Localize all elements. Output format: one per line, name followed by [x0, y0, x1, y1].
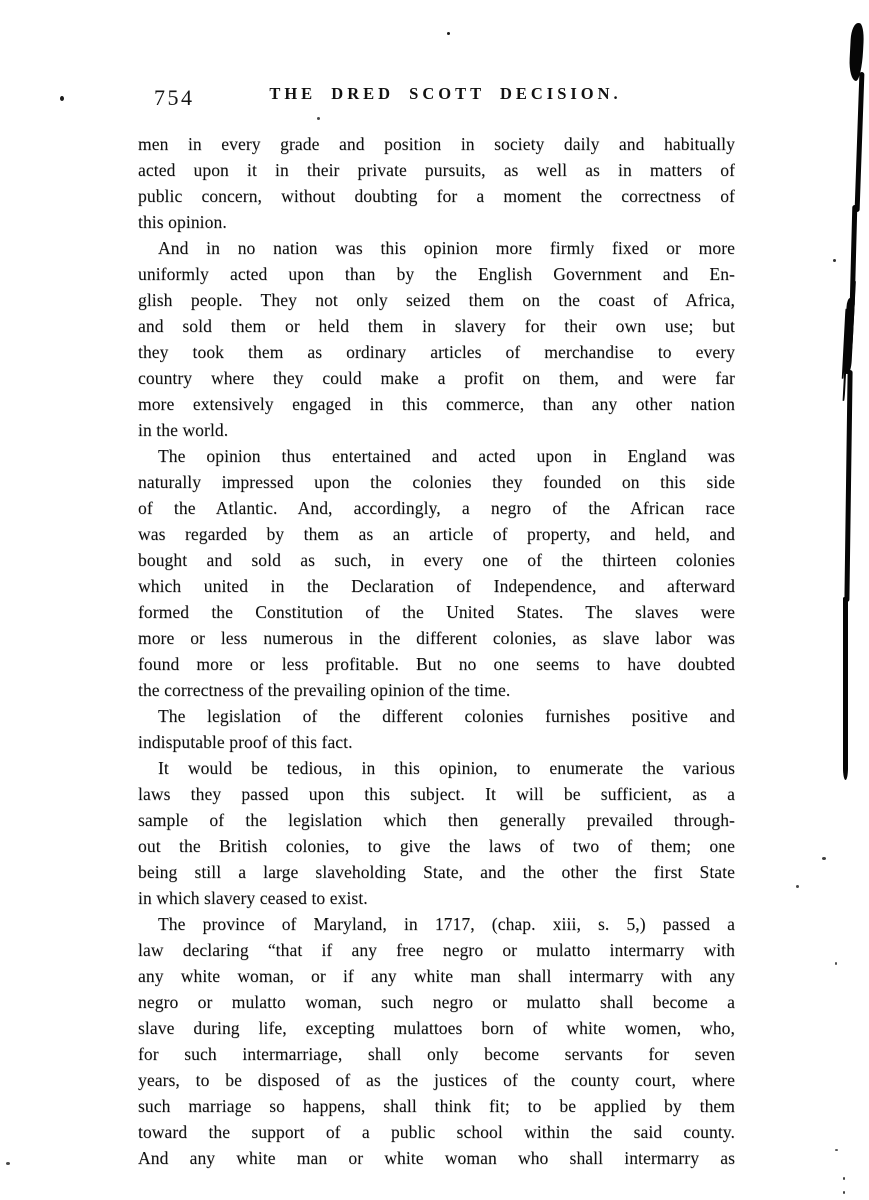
text-line: The opinion thus entertained and acted u…	[138, 443, 735, 469]
paragraph-6: The province of Maryland, in 1717, (chap…	[138, 911, 735, 1171]
text-line: laws they passed upon this subject. It w…	[138, 781, 735, 807]
text-line: in which slavery ceased to exist.	[138, 885, 735, 911]
text-line: naturally impressed upon the colonies th…	[138, 469, 735, 495]
paragraph-1: men in every grade and position in socie…	[138, 131, 735, 235]
text-line: uniformly acted upon than by the English…	[138, 261, 735, 287]
book-page: 754 THE DRED SCOTT DECISION. men in ever…	[0, 0, 869, 1200]
text-line: glish people. They not only seized them …	[138, 287, 735, 313]
text-line: indisputable proof of this fact.	[138, 729, 735, 755]
binding-edge-segment	[844, 370, 852, 602]
ink-speck	[447, 32, 450, 35]
text-line: such marriage so happens, shall think fi…	[138, 1093, 735, 1119]
paragraph-2: And in no nation was this opinion more f…	[138, 235, 735, 443]
text-line: The province of Maryland, in 1717, (chap…	[138, 911, 735, 937]
text-line: law declaring “that if any free negro or…	[138, 937, 735, 963]
ink-speck	[317, 117, 320, 120]
ink-speck	[835, 962, 837, 965]
text-line: men in every grade and position in socie…	[138, 131, 735, 157]
ink-speck	[843, 1177, 845, 1180]
text-line: bought and sold as such, in every one of…	[138, 547, 735, 573]
text-line: acted upon it in their private pursuits,…	[138, 157, 735, 183]
paragraph-5: It would be tedious, in this opinion, to…	[138, 755, 735, 911]
text-line: found more or less profitable. But no on…	[138, 651, 735, 677]
text-line: And in no nation was this opinion more f…	[138, 235, 735, 261]
text-line: in the world.	[138, 417, 735, 443]
text-line: negro or mulatto woman, such negro or mu…	[138, 989, 735, 1015]
text-line: was regarded by them as an article of pr…	[138, 521, 735, 547]
text-line: country where they could make a profit o…	[138, 365, 735, 391]
ink-speck	[835, 1149, 838, 1151]
text-line: And any white man or white woman who sha…	[138, 1145, 735, 1171]
ink-speck	[796, 885, 799, 888]
text-line: toward the support of a public school wi…	[138, 1119, 735, 1145]
ink-speck	[822, 857, 826, 860]
paragraph-4: The legislation of the different colonie…	[138, 703, 735, 755]
ink-speck	[833, 259, 836, 262]
ink-speck	[843, 1191, 845, 1194]
page-body: men in every grade and position in socie…	[138, 131, 735, 1171]
text-line: out the British colonies, to give the la…	[138, 833, 735, 859]
text-line: more extensively engaged in this commerc…	[138, 391, 735, 417]
text-line: public concern, without doubting for a m…	[138, 183, 735, 209]
ink-speck	[6, 1162, 10, 1165]
text-line: for such intermarriage, shall only becom…	[138, 1041, 735, 1067]
text-line: being still a large slaveholding State, …	[138, 859, 735, 885]
binding-edge-segment	[855, 72, 865, 212]
text-line: formed the Constitution of the United St…	[138, 599, 735, 625]
text-line: It would be tedious, in this opinion, to…	[138, 755, 735, 781]
text-line: years, to be disposed of as the justices…	[138, 1067, 735, 1093]
binding-edge-segment	[843, 298, 855, 374]
text-line: The legislation of the different colonie…	[138, 703, 735, 729]
text-line: and sold them or held them in slavery fo…	[138, 313, 735, 339]
text-line: slave during life, excepting mulattoes b…	[138, 1015, 735, 1041]
text-line: of the Atlantic. And, accordingly, a neg…	[138, 495, 735, 521]
running-title: THE DRED SCOTT DECISION.	[138, 84, 735, 104]
text-line: more or less numerous in the different c…	[138, 625, 735, 651]
binding-edge-segment	[843, 597, 848, 780]
text-line: sample of the legislation which then gen…	[138, 807, 735, 833]
text-line: they took them as ordinary articles of m…	[138, 339, 735, 365]
page-number: 754	[154, 85, 195, 111]
page-header: 754 THE DRED SCOTT DECISION.	[138, 84, 735, 112]
paragraph-3: The opinion thus entertained and acted u…	[138, 443, 735, 703]
binding-edge-segment	[850, 205, 858, 307]
text-line: which united in the Declaration of Indep…	[138, 573, 735, 599]
ink-speck	[60, 96, 64, 101]
text-line: the correctness of the prevailing opinio…	[138, 677, 735, 703]
text-line: any white woman, or if any white man sha…	[138, 963, 735, 989]
text-line: this opinion.	[138, 209, 735, 235]
